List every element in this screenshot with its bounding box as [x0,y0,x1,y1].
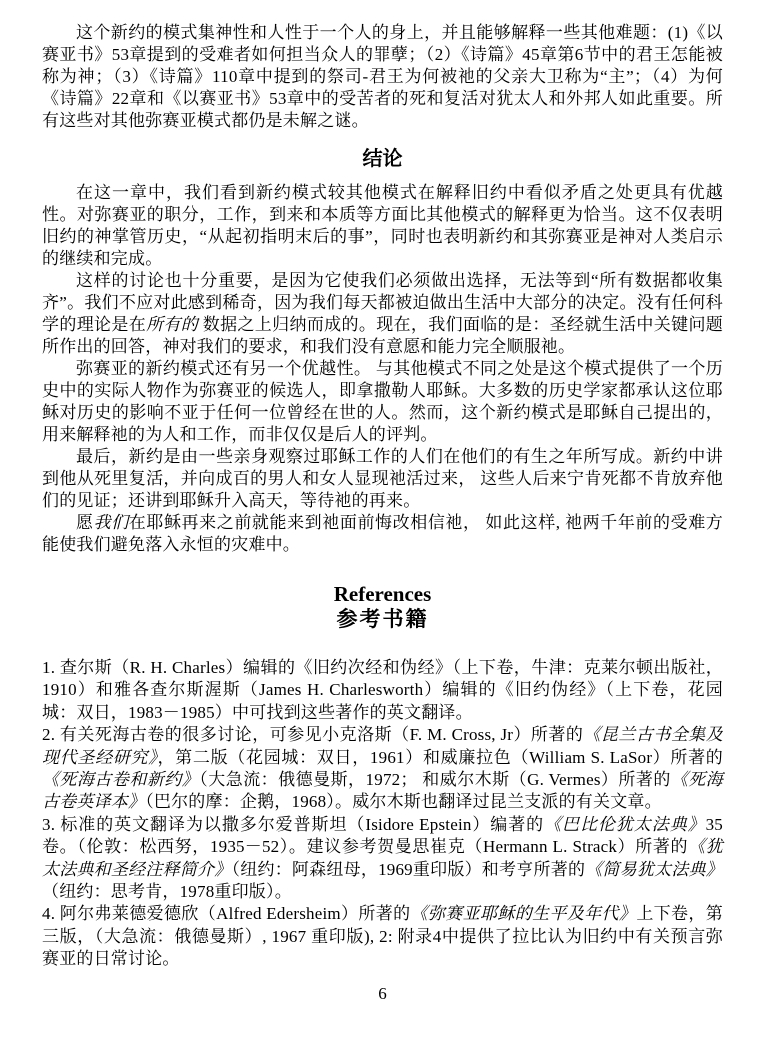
book-title: 《简易犹太法典》 [585,860,723,879]
conclusion-paragraph-4: 最后，新约是由一些亲身观察过耶稣工作的人们在他们的有生之年所写成。新约中讲到他从… [42,446,723,512]
conclusion-heading: 结论 [42,147,723,171]
reference-item-4: 4. 阿尔弗莱德爱德欣（Alfred Edersheim）所著的《弥赛亚耶稣的生… [42,903,723,970]
book-title: 《死海古卷和新约》 [42,770,199,789]
text-run: 3. 标准的英文翻译为以撒多尔爱普斯坦（Isidore Epstein）编著的 [42,815,544,834]
text-run: 在耶稣再来之前就能来到祂面前悔改相信祂， 如此这样, 祂两千年前的受难方能使我们… [42,513,723,554]
reference-item-1: 1. 查尔斯（R. H. Charles）编辑的《旧约次经和伪经》（上下卷，牛津… [42,657,723,724]
text-run: ，第二版（花园城：双日，1961）和威廉拉色（William S. LaSor）… [157,748,723,767]
italic-run: 所有的 [146,315,198,334]
book-title: 《弥赛亚耶稣的生平及年代》 [410,904,636,923]
text-run: 1. 查尔斯（R. H. Charles）编辑的《旧约次经和伪经》（上下卷，牛津… [42,658,723,722]
reference-item-3: 3. 标准的英文翻译为以撒多尔爱普斯坦（Isidore Epstein）编著的《… [42,814,723,904]
text-run: （巴尔的摩：企鹅，1968）。威尔木斯也翻译过昆兰支派的有关文章。 [145,792,662,811]
conclusion-paragraph-3: 弥赛亚的新约模式还有另一个优越性。 与其他模式不同之处是这个模式提供了一个历史中… [42,358,723,446]
references-heading-chinese: 参考书籍 [42,606,723,633]
page-number: 6 [42,983,723,1005]
conclusion-paragraph-2: 这样的讨论也十分重要，是因为它使我们必须做出选择，无法等到“所有数据都收集齐”。… [42,270,723,358]
italic-run: 我们 [94,513,129,532]
conclusion-paragraph-5: 愿我们在耶稣再来之前就能来到祂面前悔改相信祂， 如此这样, 祂两千年前的受难方能… [42,512,723,556]
references-heading-english: References [42,582,723,606]
text-run: （大急流：俄德曼斯，1972； 和威尔木斯（G. Vermes）所著的 [199,770,671,789]
intro-paragraph: 这个新约的模式集神性和人性于一个人的身上，并且能够解释一些其他难题：(1)《以赛… [42,22,723,132]
text-run: 愿 [76,513,94,532]
conclusion-paragraph-1: 在这一章中，我们看到新约模式较其他模式在解释旧约中看似矛盾之处更具有优越性。对弥… [42,182,723,270]
book-title: 《巴比伦犹太法典》 [544,815,706,834]
text-run: （纽约：思考肯，1978重印版）。 [42,882,292,901]
text-run: 4. 阿尔弗莱德爱德欣（Alfred Edersheim）所著的 [42,904,410,923]
references-list: 1. 查尔斯（R. H. Charles）编辑的《旧约次经和伪经》（上下卷，牛津… [42,657,723,971]
text-run: 2. 有关死海古卷的很多讨论，可参见小克洛斯（F. M. Cross, Jr）所… [42,725,583,744]
references-heading: References 参考书籍 [42,582,723,633]
text-run: （纽约：阿森纽母，1969重印版）和考亨所著的 [232,860,586,879]
document-page: 这个新约的模式集神性和人性于一个人的身上，并且能够解释一些其他难题：(1)《以赛… [0,0,765,1050]
reference-item-2: 2. 有关死海古卷的很多讨论，可参见小克洛斯（F. M. Cross, Jr）所… [42,724,723,814]
